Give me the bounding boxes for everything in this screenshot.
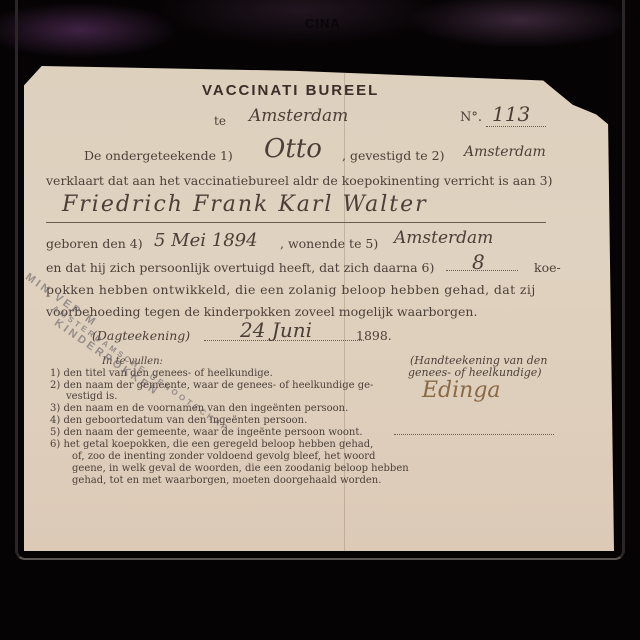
undersigned-handwritten: Otto [264, 134, 322, 164]
protection-line: voorbehoeding tegen de kinderpokken zove… [46, 304, 477, 319]
instruction-item: 6) het getal koepokken, die een geregeld… [50, 439, 373, 450]
declaration-line: verklaart dat aan het vaccinatiebureel a… [46, 173, 552, 188]
development-line: pokken hebben ontwikkeld, die een zolani… [46, 282, 536, 297]
conviction-line: en dat hij zich persoonlijk overtuigd he… [46, 260, 434, 275]
signature-handwritten: Edinga [422, 378, 501, 403]
instruction-item: geene, in welk geval de woorden, die een… [72, 463, 409, 474]
established-place: Amsterdam [464, 144, 546, 160]
instruction-item: gehad, tot en met waarborgen, moeten doo… [72, 475, 381, 486]
vaccination-certificate: VACCINATI BUREEL te Amsterdam N°. 113 De… [24, 66, 614, 551]
instruction-item: 2) den naam der gemeente, waar de genees… [50, 380, 373, 391]
birth-date-handwritten: 5 Mei 1894 [154, 230, 258, 251]
number-value: 113 [492, 102, 530, 126]
koe-hyphen: koe- [534, 260, 561, 275]
instruction-item: 4) den geboortedatum van den ingeënten p… [50, 415, 307, 426]
instruction-item: of, zoo de inenting zonder voldoend gevo… [72, 451, 375, 462]
number-label: N°. [460, 110, 482, 125]
patient-name-handwritten: Friedrich Frank Karl Walter [62, 192, 428, 217]
document-header: VACCINATI BUREEL [202, 82, 379, 99]
born-label: geboren den 4) [46, 236, 143, 251]
place-handwritten: Amsterdam [249, 106, 348, 126]
living-place-handwritten: Amsterdam [394, 228, 493, 248]
living-label: , wonende te 5) [280, 236, 378, 251]
date-year: 1898. [356, 328, 392, 343]
date-handwritten: 24 Juni [240, 318, 312, 342]
established-label: , gevestigd te 2) [342, 148, 444, 163]
undersigned-label: De ondergeteekende 1) [84, 148, 233, 163]
instruction-item: vestigd is. [66, 391, 117, 402]
place-prefix: te [214, 114, 226, 128]
